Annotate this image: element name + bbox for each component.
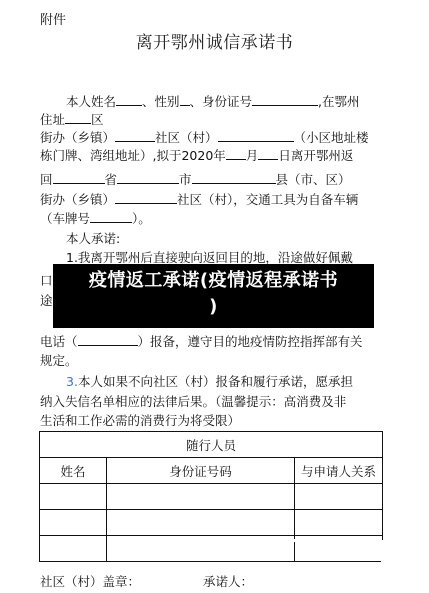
- report-text: ）报备，遵守目的地疫情防控指挥部有关: [138, 334, 363, 349]
- return-label: 回: [40, 172, 53, 187]
- caption-line-1: 疫情返工承诺(疫情返程承诺书: [53, 268, 374, 294]
- province-blank: [53, 172, 105, 184]
- phone-label: 电话（: [40, 334, 78, 349]
- phone-blank: [78, 334, 138, 346]
- promise-heading: 本人承诺:: [66, 231, 120, 247]
- community-blank: [218, 130, 294, 142]
- promise-item-3-line-1: 3.本人如果不向社区（村）报备和履行承诺，愿承担: [66, 374, 353, 390]
- name-cell: [40, 536, 107, 562]
- id-cell: [107, 484, 295, 510]
- community-stamp-label: 社区（村）盖章：: [40, 572, 140, 590]
- month-blank: [226, 148, 246, 160]
- companions-table-title: 随行人员: [40, 432, 383, 458]
- intro-line-4: 栋门牌、湾组地址）,拟于2020年月日离开鄂州返: [40, 148, 353, 164]
- promise-item-3-line-3: 生活和工作必需的消费行为将受限）: [40, 413, 240, 429]
- promise-item-2-end: 规定。: [40, 353, 78, 369]
- item-3-number: 3.: [66, 374, 78, 389]
- signer-label: 承诺人：: [203, 572, 253, 590]
- intro-line-2: 住址区: [40, 112, 104, 128]
- day-blank: [258, 148, 278, 160]
- intro-line-7: （车牌号）。: [40, 211, 151, 227]
- street-blank: [115, 130, 155, 142]
- month-label: 月: [246, 148, 259, 163]
- county-label: 县（市、区）: [276, 172, 351, 187]
- header-relationship: 与申请人关系: [295, 458, 383, 484]
- id-cell: [107, 510, 295, 536]
- table-row: [40, 484, 383, 510]
- caption-line-2: ): [53, 294, 374, 320]
- document-title: 离开鄂州诚信承诺书: [0, 28, 429, 53]
- address-label: 住址: [40, 112, 65, 127]
- render-artifact: [381, 540, 385, 562]
- departure-date-text: 栋门牌、湾组地址）,拟于2020年: [40, 148, 226, 163]
- in-ezhou-text: ,在鄂州: [318, 94, 359, 109]
- header-name: 姓名: [40, 458, 107, 484]
- table-row: [40, 510, 383, 536]
- intro-line-1: 本人姓名、性别、身份证号,在鄂州: [40, 94, 360, 110]
- gender-label: 、性别: [142, 94, 180, 109]
- intro-line-3: 街办（乡镇）社区（村）（小区地址楼: [40, 130, 369, 146]
- render-artifact: [205, 539, 250, 543]
- intro-line-6: 街办（乡镇）社区（村），交通工具为自备车辆: [40, 192, 358, 208]
- name-cell: [40, 510, 107, 536]
- plate-label: （车牌号: [40, 211, 90, 226]
- gender-blank: [180, 94, 190, 106]
- header-id-number: 身份证号码: [107, 458, 295, 484]
- promise-item-1-line-3: 途: [40, 293, 53, 309]
- item-3-text-1: 本人如果不向社区（村）报备和履行承诺，愿承担: [78, 374, 353, 389]
- vehicle-text: 社区（村），交通工具为自备车辆: [177, 192, 358, 207]
- community-label: 社区（村）: [155, 130, 218, 145]
- relationship-cell: [295, 510, 383, 536]
- dest-street-label: 街办（乡镇）: [40, 192, 115, 207]
- promise-item-3-line-2: 纳入失信名单相应的法律后果。（温馨提示：高消费及非: [40, 394, 346, 410]
- plate-blank: [90, 211, 132, 223]
- day-label: 日离开鄂州返: [278, 148, 353, 163]
- district-label: 区: [91, 112, 104, 127]
- relationship-cell: [295, 484, 383, 510]
- district-blank: [65, 112, 91, 124]
- dest-street-blank: [115, 192, 177, 204]
- city-blank: [117, 172, 179, 184]
- intro-line-5: 回省市县（市、区）: [40, 172, 351, 188]
- id-blank: [252, 94, 318, 106]
- promise-item-1-text: 1.我离开鄂州后直接驶向返回目的地，沿途做好佩戴: [66, 250, 353, 265]
- promise-item-1-line-2: 口: [40, 273, 53, 289]
- county-blank: [192, 172, 276, 184]
- street-label: 街办（乡镇）: [40, 130, 115, 145]
- province-label: 省: [105, 172, 118, 187]
- attachment-label: 附件: [40, 9, 66, 28]
- promise-item-2-tail: 电话（）报备，遵守目的地疫情防控指挥部有关: [40, 334, 363, 350]
- id-label: 、身份证号: [190, 94, 253, 109]
- plate-close: ）。: [132, 211, 151, 226]
- name-cell: [40, 484, 107, 510]
- render-artifact: [292, 539, 352, 542]
- name-blank: [116, 94, 142, 106]
- title-overlay-caption: 疫情返工承诺(疫情返程承诺书 ): [53, 264, 374, 328]
- building-address-label: （小区地址楼: [294, 130, 369, 145]
- city-label: 市: [179, 172, 192, 187]
- id-cell: [107, 536, 295, 562]
- name-label: 本人姓名: [66, 94, 116, 109]
